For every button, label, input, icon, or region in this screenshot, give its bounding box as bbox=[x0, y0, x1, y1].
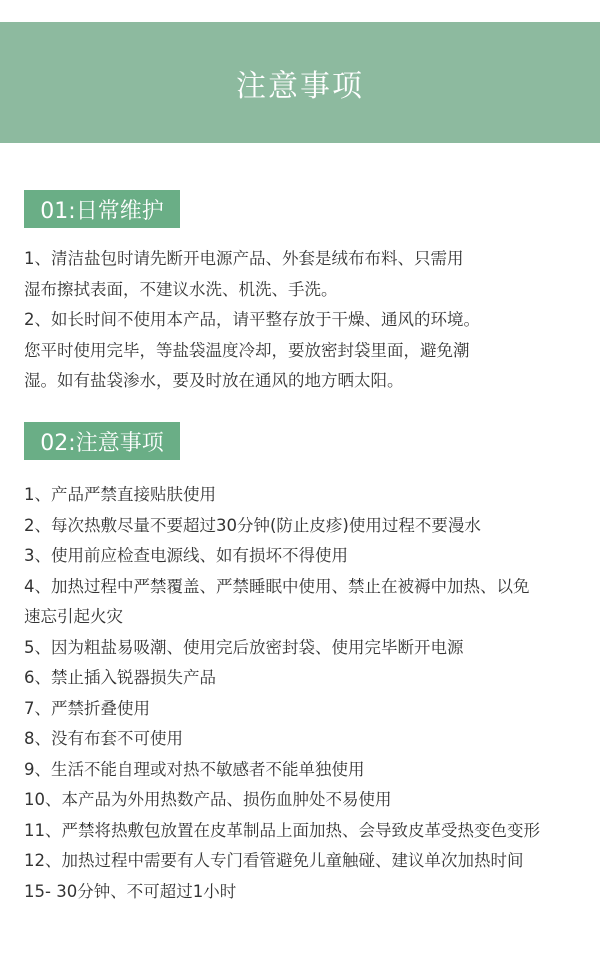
list-item: 10、本产品为外用热数产品、损伤血肿处不易使用 bbox=[24, 785, 584, 816]
text-line: 您平时使用完毕，等盐袋温度冷却，要放密封袋里面，避免潮 bbox=[24, 336, 584, 367]
daily-maintenance-text: 1、清洁盐包时请先断开电源产品、外套是绒布布料、只需用 湿布擦拭表面，不建议水洗… bbox=[24, 244, 584, 397]
list-item: 2、每次热敷尽量不要超过30分钟(防止皮疹)使用过程不要漫水 bbox=[24, 511, 584, 542]
list-item: 4、加热过程中严禁覆盖、严禁睡眠中使用、禁止在被褥中加热、以免 bbox=[24, 572, 584, 603]
section-badge-daily-maintenance: 01:日常维护 bbox=[24, 190, 180, 228]
section-badge-precautions: 02:注意事项 bbox=[24, 422, 180, 460]
list-item-continuation: 15- 30分钟、不可超过1小时 bbox=[24, 877, 584, 908]
list-item: 3、使用前应检查电源线、如有损坏不得使用 bbox=[24, 541, 584, 572]
list-item: 7、严禁折叠使用 bbox=[24, 694, 584, 725]
list-item: 9、生活不能自理或对热不敏感者不能单独使用 bbox=[24, 755, 584, 786]
precautions-list: 1、产品严禁直接贴肤使用 2、每次热敷尽量不要超过30分钟(防止皮疹)使用过程不… bbox=[24, 480, 584, 907]
text-line: 湿布擦拭表面，不建议水洗、机洗、手洗。 bbox=[24, 275, 584, 306]
list-item: 6、禁止插入锐器损失产品 bbox=[24, 663, 584, 694]
header-banner: 注意事项 bbox=[0, 22, 600, 143]
list-item: 5、因为粗盐易吸潮、使用完后放密封袋、使用完毕断开电源 bbox=[24, 633, 584, 664]
list-item: 8、没有布套不可使用 bbox=[24, 724, 584, 755]
list-item: 1、产品严禁直接贴肤使用 bbox=[24, 480, 584, 511]
list-item: 12、加热过程中需要有人专门看管避免儿童触碰、建议单次加热时间 bbox=[24, 846, 584, 877]
text-line: 1、清洁盐包时请先断开电源产品、外套是绒布布料、只需用 bbox=[24, 244, 584, 275]
list-item: 11、严禁将热敷包放置在皮革制品上面加热、会导致皮革受热变色变形 bbox=[24, 816, 584, 847]
text-line: 2、如长时间不使用本产品，请平整存放于干燥、通风的环境。 bbox=[24, 305, 584, 336]
page-title: 注意事项 bbox=[236, 61, 364, 105]
text-line: 湿。如有盐袋渗水，要及时放在通风的地方晒太阳。 bbox=[24, 366, 584, 397]
list-item-continuation: 速忘引起火灾 bbox=[24, 602, 584, 633]
